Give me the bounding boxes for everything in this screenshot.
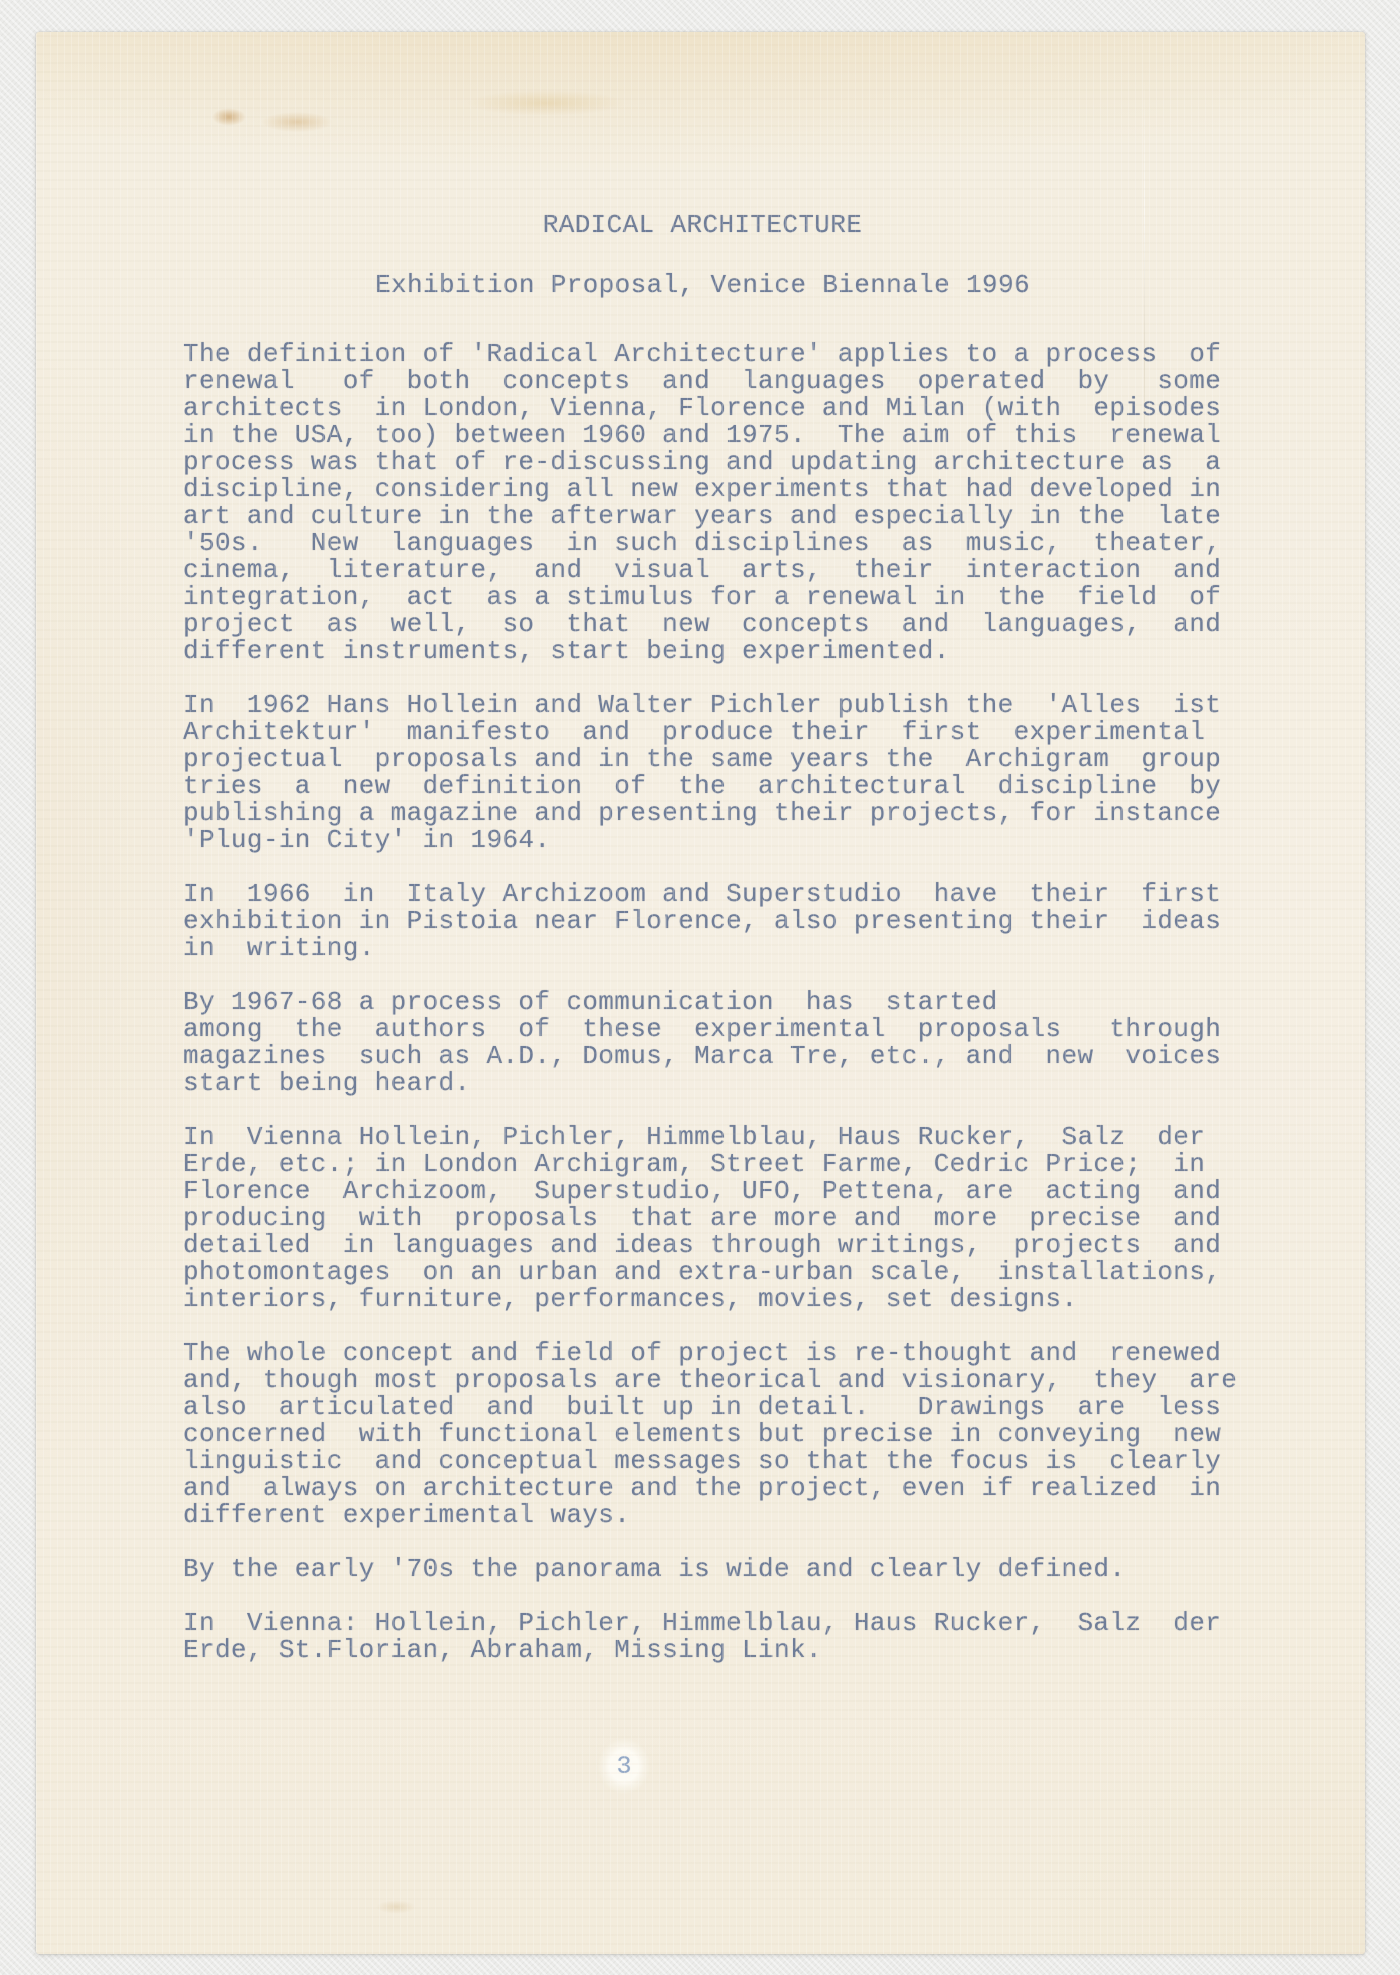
page-number: 3 <box>616 1752 631 1781</box>
paragraph-definition: The definition of 'Radical Architecture'… <box>183 341 1222 665</box>
document-subtitle: Exhibition Proposal, Venice Biennale 199… <box>183 272 1222 299</box>
document-title: RADICAL ARCHITECTURE <box>183 212 1222 239</box>
paragraph-1962-hollein-pichler: In 1962 Hans Hollein and Walter Pichler … <box>183 692 1222 854</box>
paragraph-vienna-list: In Vienna: Hollein, Pichler, Himmelblau,… <box>183 1610 1222 1664</box>
document-page: RADICAL ARCHITECTURE Exhibition Proposal… <box>36 32 1365 1954</box>
paragraph-vienna-london-florence: In Vienna Hollein, Pichler, Himmelblau, … <box>183 1124 1222 1313</box>
paragraph-1967-68-communication: By 1967-68 a process of communication ha… <box>183 989 1222 1097</box>
age-stain <box>376 1900 416 1914</box>
document-body: The definition of 'Radical Architecture'… <box>183 341 1222 1664</box>
paragraph-whole-concept: The whole concept and field of project i… <box>183 1340 1222 1529</box>
scanner-background: RADICAL ARCHITECTURE Exhibition Proposal… <box>0 0 1400 1975</box>
paragraph-1966-italy: In 1966 in Italy Archizoom and Superstud… <box>183 881 1222 962</box>
page-number-patch: 3 <box>596 1737 652 1795</box>
typewritten-content: RADICAL ARCHITECTURE Exhibition Proposal… <box>183 32 1222 1664</box>
paragraph-early-70s: By the early '70s the panorama is wide a… <box>183 1556 1222 1583</box>
